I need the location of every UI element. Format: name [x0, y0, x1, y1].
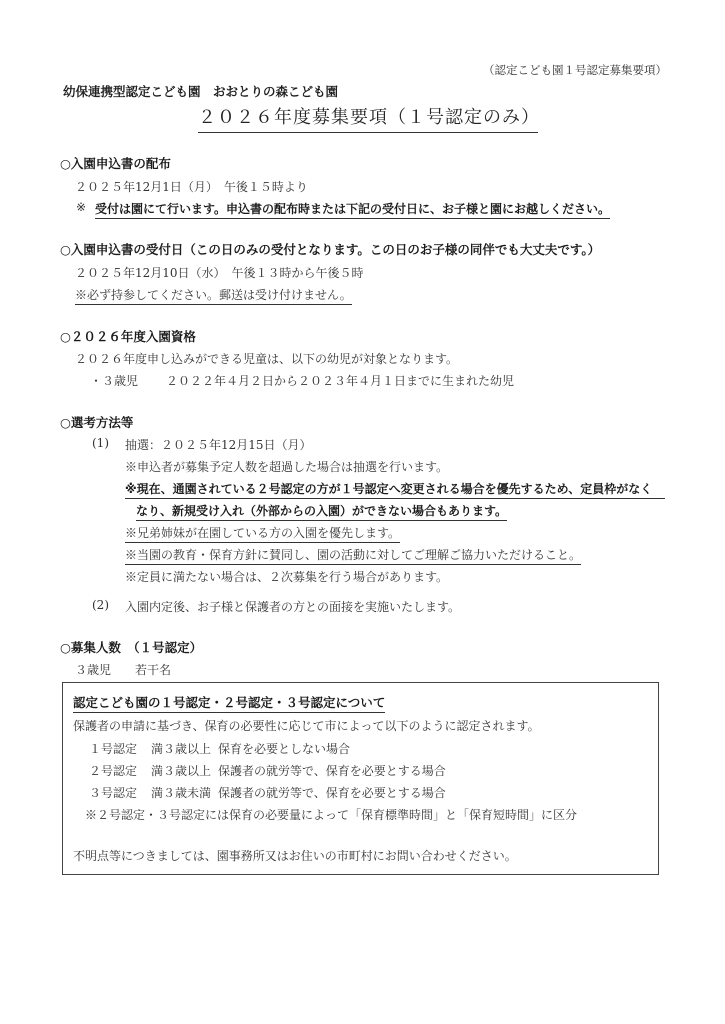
eligibility-item-text: ２０２２年４月２日から２０２３年４月１日までに生まれた幼児 [166, 372, 514, 389]
info-box-contact: 不明点等につきましては、園事務所又はお住いの市町村にお問い合わせください。 [73, 847, 517, 864]
section-heading-selection: ○選考方法等 [60, 413, 133, 431]
selection-item2-number: (2) [92, 598, 109, 612]
organization-name: 幼保連携型認定こども園 おおとりの森こども園 [63, 82, 338, 100]
selection-item1-number: (1) [92, 436, 109, 450]
section-heading-distribution: ○入園申込書の配布 [60, 154, 171, 172]
distribution-note-mark: ※ [76, 200, 86, 214]
capacity-count: 若干名 [135, 661, 171, 678]
section-heading-capacity: ○募集人数 （１号認定） [60, 638, 202, 656]
eligibility-intro: ２０２６年度申し込みができる児童は、以下の幼児が対象となります。 [75, 350, 458, 367]
selection-note: ※定員に満たない場合は、２次募集を行う場合があります。 [125, 568, 448, 585]
capacity-age: ３歳児 [75, 661, 111, 678]
selection-item1-text: 抽選：２０２５年12月15日（月） [125, 436, 312, 453]
selection-note: ※申込者が募集予定人数を超過した場合は抽選を行います。 [125, 458, 448, 475]
certification-info-box: 認定こども園の１号認定・２号認定・３号認定について 保護者の申請に基づき、保育の… [62, 682, 659, 875]
cert-type-3: ３号認定 [89, 784, 137, 801]
document-page: （認定こども園１号認定募集要項） 幼保連携型認定こども園 おおとりの森こども園 … [0, 0, 725, 1024]
cert-desc-2: 保護者の就労等で、保育を必要とする場合 [218, 762, 446, 779]
distribution-date: ２０２５年12月1日（月） 午後１５時より [75, 178, 308, 195]
selection-note-underlined: なり、新規受け入れ（外部からの入園）ができない場合もあります。 [136, 502, 507, 521]
eligibility-item-age: ・３歳児 [90, 372, 138, 389]
distribution-note: 受付は園にて行います。申込書の配布時または下記の受付日に、お子様と園にお越しくだ… [95, 200, 610, 219]
cert-type-2: ２号認定 [89, 762, 137, 779]
page-title: ２０２６年度募集要項（１号認定のみ） [198, 103, 538, 133]
cert-age-3: 満３歳未満 [151, 784, 211, 801]
section-heading-reception: ○入園申込書の受付日（この日のみの受付となります。この日のお子様の同伴でも大丈夫… [60, 240, 600, 258]
reception-date: ２０２５年12月10日（水） 午後１３時から午後５時 [75, 264, 364, 281]
info-box-intro: 保護者の申請に基づき、保育の必要性に応じて市によって以下のように認定されます。 [73, 717, 540, 734]
selection-item2-text: 入園内定後、お子様と保護者の方との面接を実施いたします。 [125, 598, 460, 615]
cert-type-1: １号認定 [89, 740, 137, 757]
cert-desc-1: 保育を必要としない場合 [218, 740, 350, 757]
info-box-note: ※２号認定・３号認定には保育の必要量によって「保育標準時間」と「保育短時間」に区… [85, 806, 577, 823]
cert-age-1: 満３歳以上 [151, 740, 211, 757]
section-heading-eligibility: ○２０２６年度入園資格 [60, 327, 196, 345]
info-box-heading: 認定こども園の１号認定・２号認定・３号認定について [73, 693, 385, 713]
selection-note-underlined: ※現在、通園されている２号認定の方が１号認定へ変更される場合を優先するため、定員… [125, 480, 665, 499]
reception-note: ※必ず持参してください。郵送は受け付けません。 [75, 286, 352, 305]
document-code: （認定こども園１号認定募集要項） [483, 62, 667, 78]
cert-desc-3: 保護者の就労等で、保育を必要とする場合 [218, 784, 446, 801]
selection-note-underlined: ※当園の教育・保育方針に賛同し、園の活動に対してご理解ご協力いただけること。 [125, 546, 581, 565]
selection-note-underlined: ※兄弟姉妹が在園している方の入園を優先します。 [125, 524, 400, 543]
cert-age-2: 満３歳以上 [151, 762, 211, 779]
